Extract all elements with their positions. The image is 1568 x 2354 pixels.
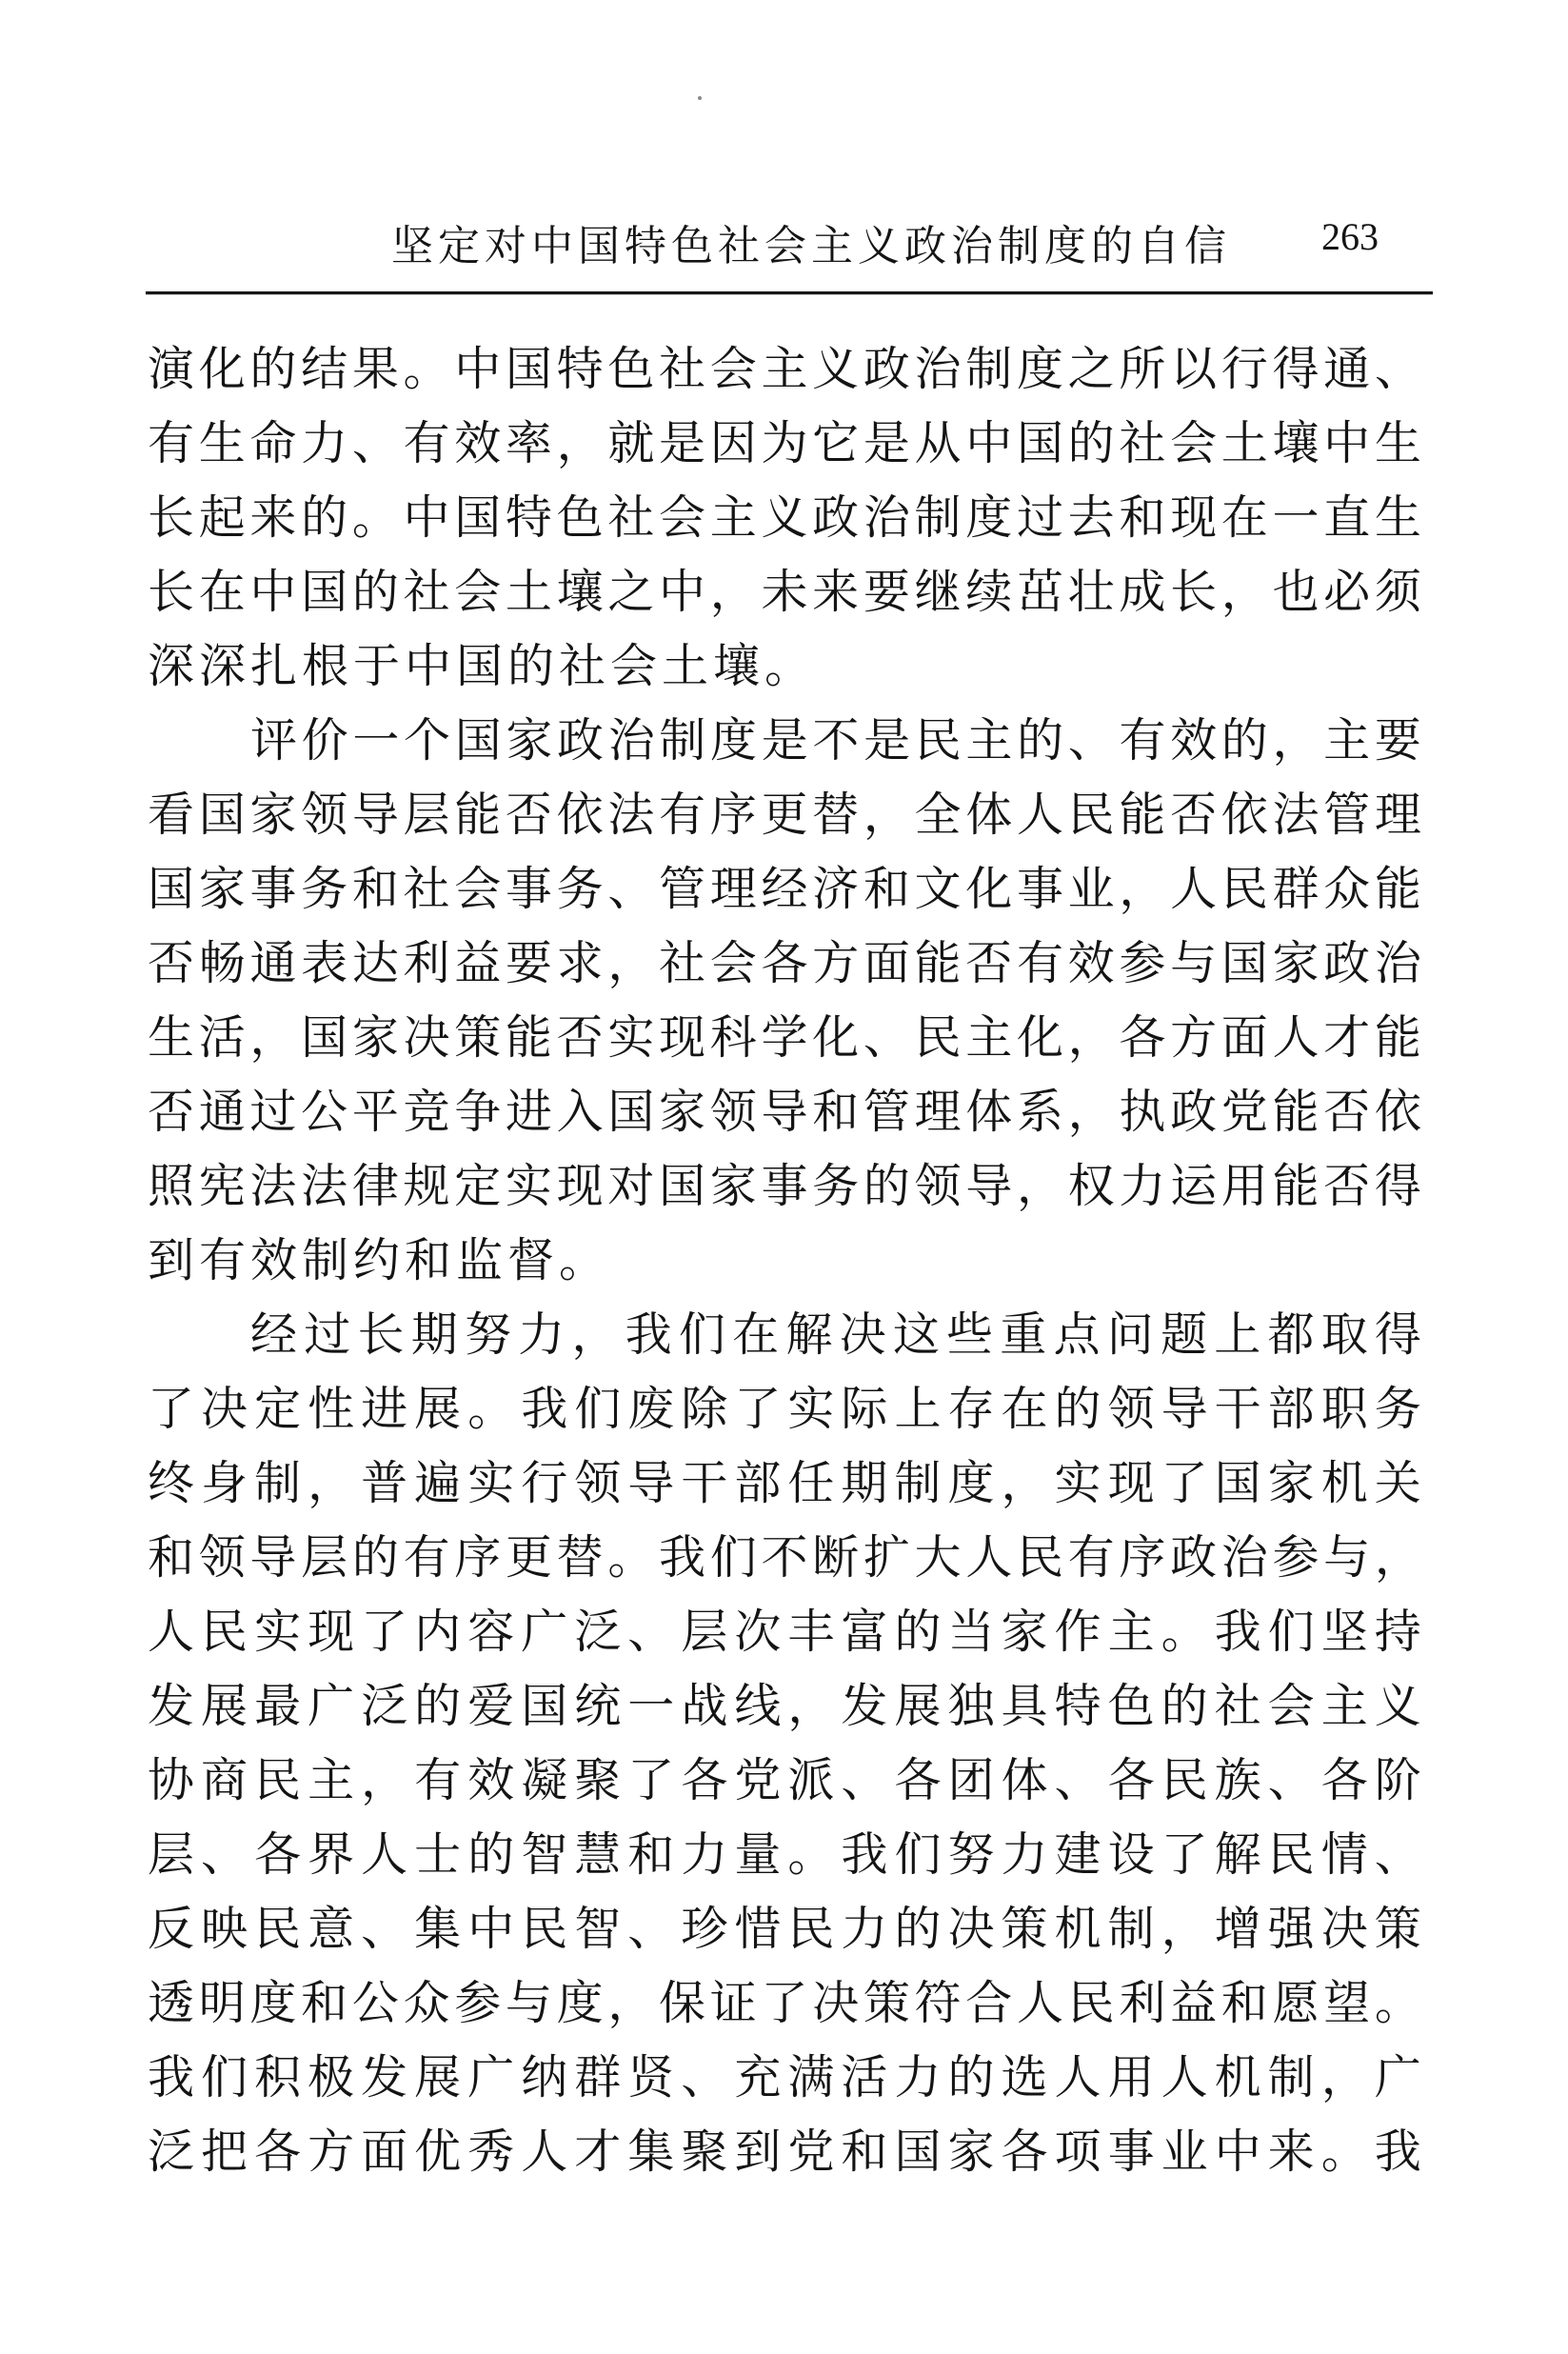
- text-line: 国家事务和社会事务、管理经济和文化事业，人民群众能: [148, 852, 1421, 927]
- text-line: 长起来的。中国特色社会主义政治制度过去和现在一直生: [148, 481, 1421, 555]
- text-line: 反映民意、集中民智、珍惜民力的决策机制，增强决策: [148, 1892, 1421, 1966]
- header-rule: [146, 291, 1433, 294]
- text-line: 和领导层的有序更替。我们不断扩大人民有序政治参与，: [148, 1521, 1421, 1595]
- text-line: 看国家领导层能否依法有序更替，全体人民能否依法管理: [148, 778, 1421, 852]
- scan-speck: [698, 96, 702, 100]
- text-line: 深深扎根于中国的社会土壤。: [148, 629, 1421, 704]
- book-page: 坚定对中国特色社会主义政治制度的自信 263 演化的结果。中国特色社会主义政治制…: [0, 0, 1568, 2354]
- body-text: 演化的结果。中国特色社会主义政治制度之所以行得通、有生命力、有效率，就是因为它是…: [148, 332, 1421, 2189]
- running-header: 坚定对中国特色社会主义政治制度的自信 263: [148, 211, 1421, 272]
- text-line: 泛把各方面优秀人才集聚到党和国家各项事业中来。我: [148, 2115, 1421, 2189]
- text-line: 长在中国的社会土壤之中，未来要继续茁壮成长，也必须: [148, 555, 1421, 629]
- text-line: 到有效制约和监督。: [148, 1224, 1421, 1298]
- text-line: 了决定性进展。我们废除了实际上存在的领导干部职务: [148, 1372, 1421, 1446]
- text-line: 生活，国家决策能否实现科学化、民主化，各方面人才能: [148, 1001, 1421, 1075]
- text-line: 经过长期努力，我们在解决这些重点问题上都取得: [148, 1298, 1421, 1372]
- text-line: 透明度和公众参与度，保证了决策符合人民利益和愿望。: [148, 1966, 1421, 2041]
- text-line: 评价一个国家政治制度是不是民主的、有效的，主要: [148, 704, 1421, 778]
- page-number: 263: [1321, 214, 1379, 259]
- text-line: 我们积极发展广纳群贤、充满活力的选人用人机制，广: [148, 2041, 1421, 2115]
- text-line: 有生命力、有效率，就是因为它是从中国的社会土壤中生: [148, 407, 1421, 481]
- text-line: 层、各界人士的智慧和力量。我们努力建设了解民情、: [148, 1818, 1421, 1892]
- text-line: 终身制，普遍实行领导干部任期制度，实现了国家机关: [148, 1446, 1421, 1521]
- text-line: 否通过公平竞争进入国家领导和管理体系，执政党能否依: [148, 1075, 1421, 1149]
- text-line: 演化的结果。中国特色社会主义政治制度之所以行得通、: [148, 332, 1421, 407]
- text-line: 发展最广泛的爱国统一战线，发展独具特色的社会主义: [148, 1669, 1421, 1744]
- text-line: 协商民主，有效凝聚了各党派、各团体、各民族、各阶: [148, 1744, 1421, 1818]
- text-line: 否畅通表达利益要求，社会各方面能否有效参与国家政治: [148, 927, 1421, 1001]
- text-line: 人民实现了内容广泛、层次丰富的当家作主。我们坚持: [148, 1595, 1421, 1669]
- running-header-title: 坚定对中国特色社会主义政治制度的自信: [391, 211, 1231, 272]
- text-line: 照宪法法律规定实现对国家事务的领导，权力运用能否得: [148, 1149, 1421, 1224]
